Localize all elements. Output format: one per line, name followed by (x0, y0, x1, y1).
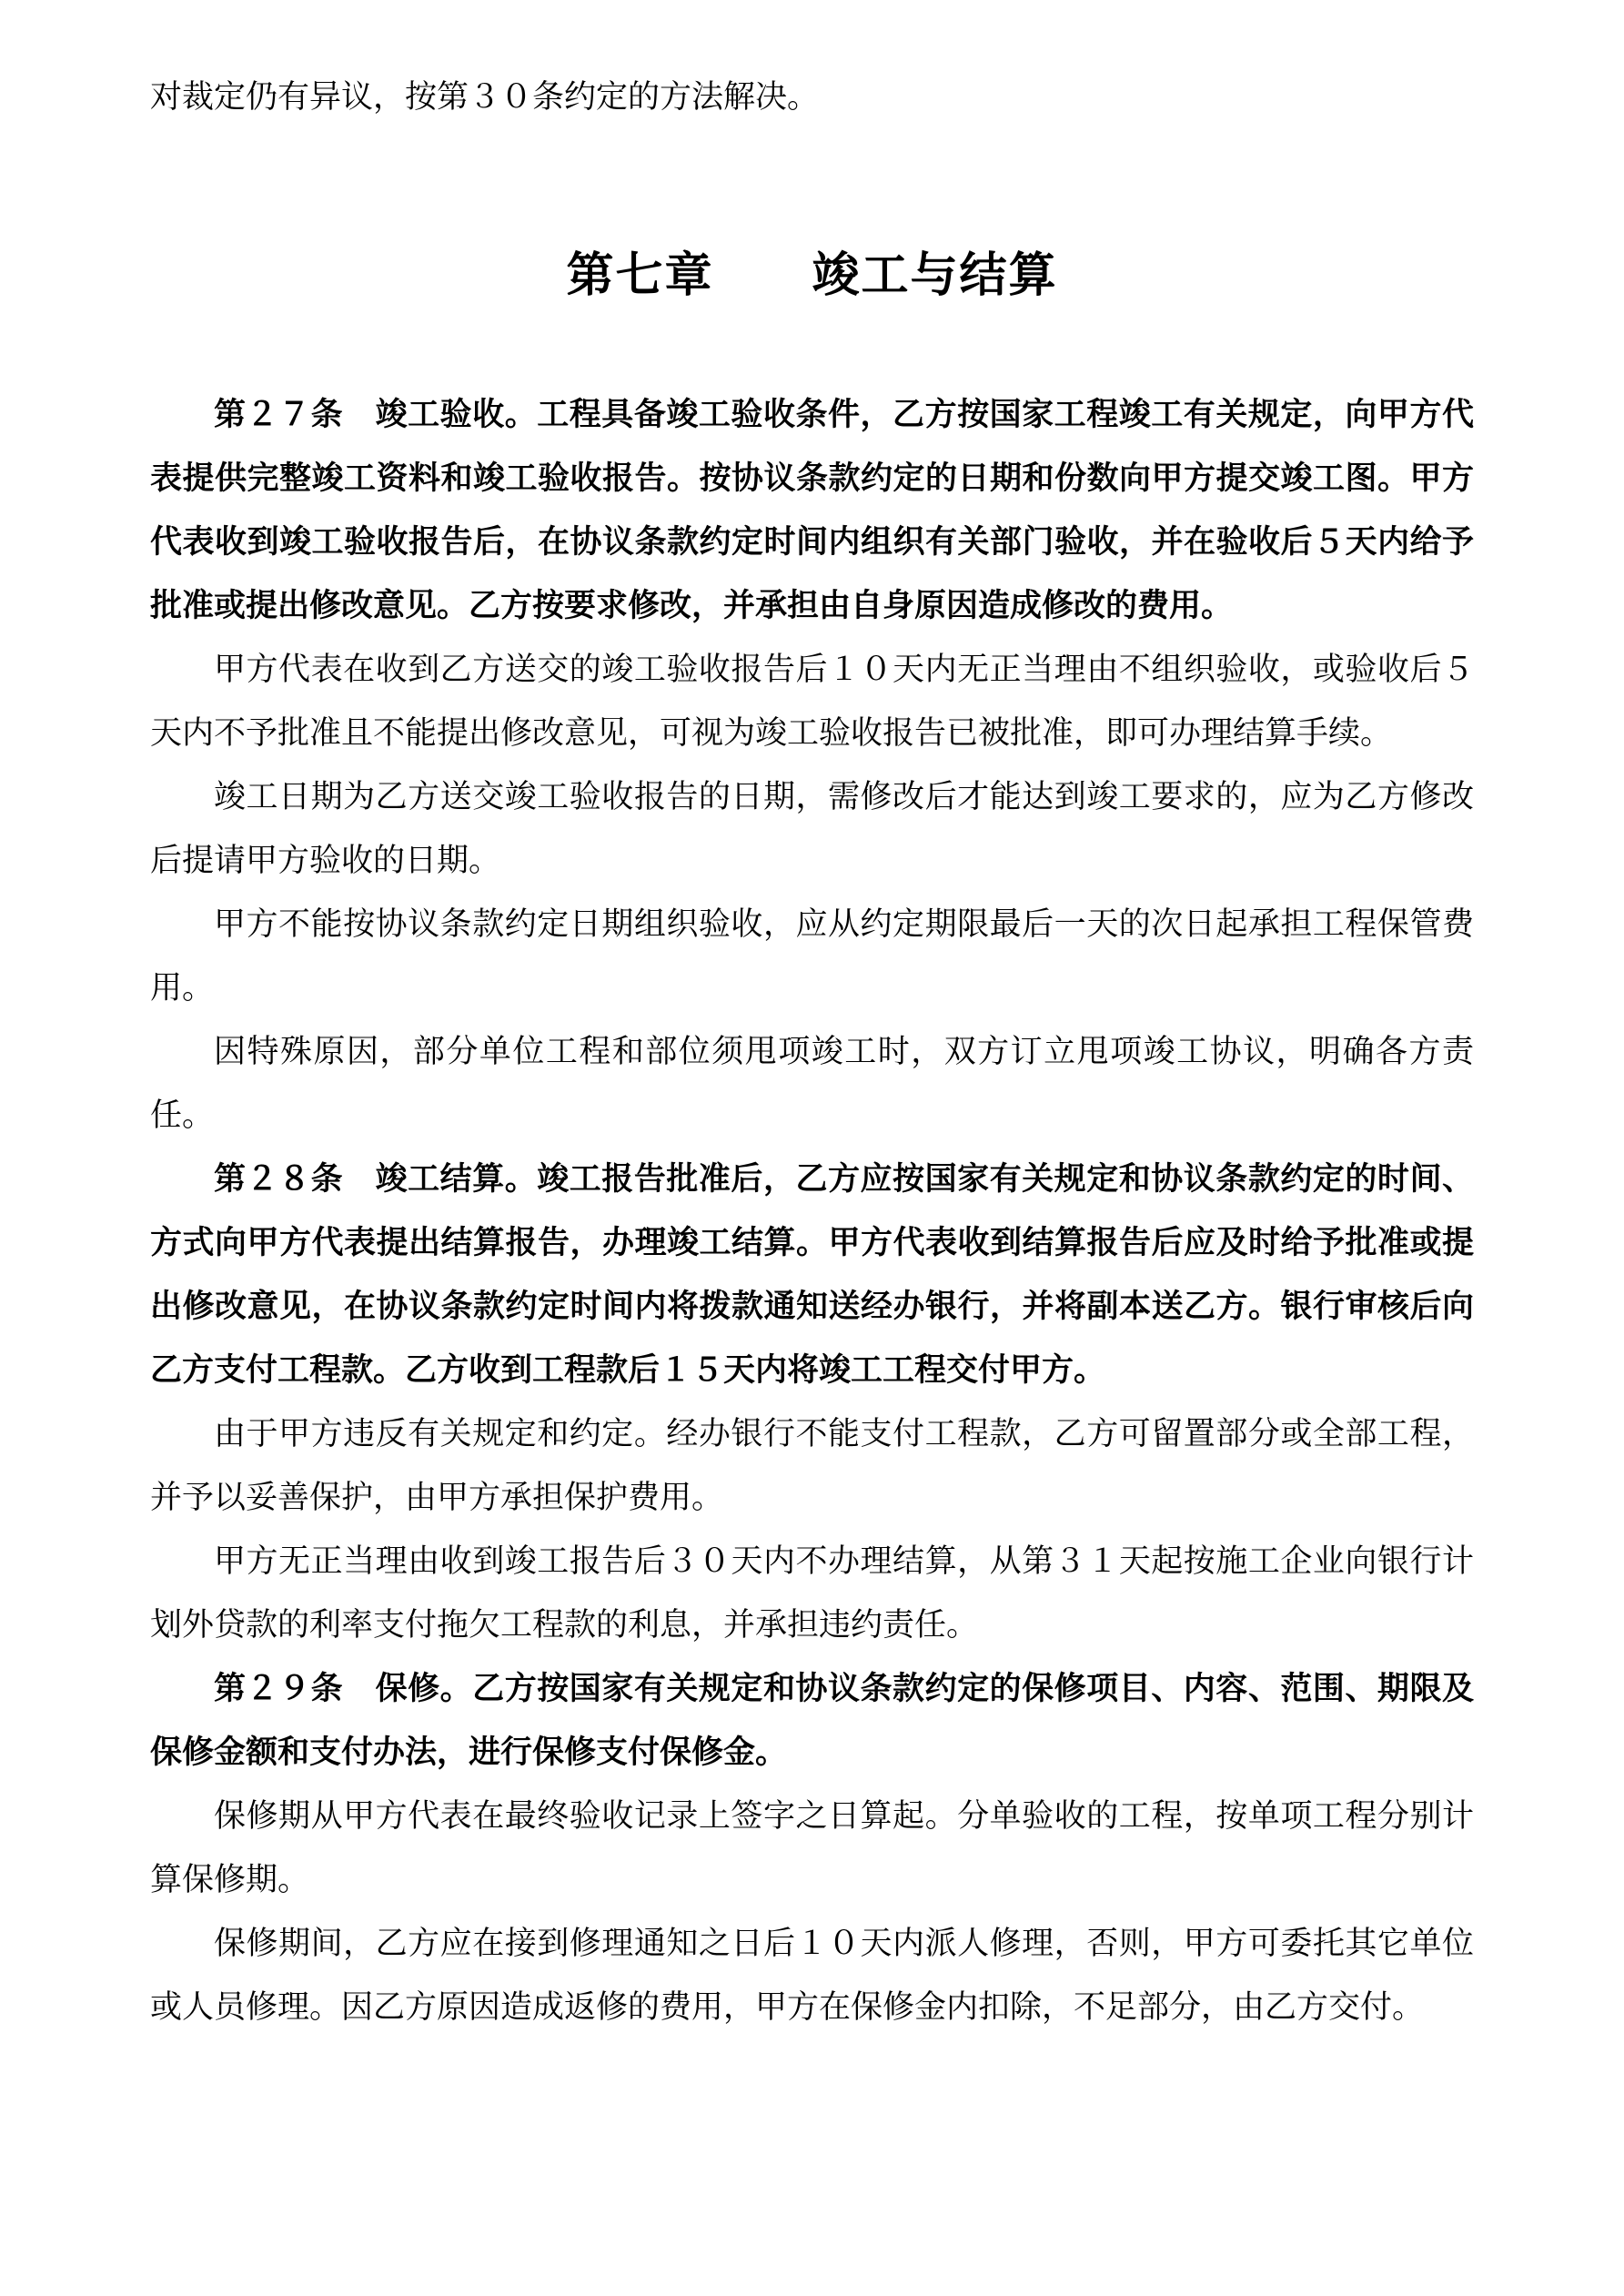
contract-paragraph: 保修期间，乙方应在接到修理通知之日后１０天内派人修理，否则，甲方可委托其它单位或… (150, 1912, 1474, 2039)
contract-paragraph-article-29: 第２９条 保修。乙方按国家有关规定和协议条款约定的保修项目、内容、范围、期限及保… (150, 1657, 1474, 1785)
contract-paragraph: 甲方不能按协议条款约定日期组织验收，应从约定期限最后一天的次日起承担工程保管费用… (150, 893, 1474, 1020)
contract-paragraph: 由于甲方违反有关规定和约定。经办银行不能支付工程款，乙方可留置部分或全部工程，并… (150, 1402, 1474, 1530)
contract-paragraph: 保修期从甲方代表在最终验收记录上签字之日算起。分单验收的工程，按单项工程分别计算… (150, 1785, 1474, 1912)
contract-paragraph: 甲方代表在收到乙方送交的竣工验收报告后１０天内无正当理由不组织验收，或验收后５天… (150, 638, 1474, 765)
contract-paragraph: 甲方无正当理由收到竣工报告后３０天内不办理结算，从第３１天起按施工企业向银行计划… (150, 1530, 1474, 1657)
chapter-title: 第七章 竣工与结算 (150, 237, 1474, 305)
continuation-paragraph: 对裁定仍有异议，按第３０条约定的方法解决。 (150, 75, 1474, 120)
contract-paragraph: 竣工日期为乙方送交竣工验收报告的日期，需修改后才能达到竣工要求的，应为乙方修改后… (150, 765, 1474, 893)
contract-paragraph-article-28: 第２８条 竣工结算。竣工报告批准后，乙方应按国家有关规定和协议条款约定的时间、方… (150, 1148, 1474, 1402)
contract-document-page: 对裁定仍有异议，按第３０条约定的方法解决。 第七章 竣工与结算 第２７条 竣工验… (0, 0, 1624, 2296)
contract-paragraph-article-27: 第２７条 竣工验收。工程具备竣工验收条件，乙方按国家工程竣工有关规定，向甲方代表… (150, 383, 1474, 638)
contract-paragraph: 因特殊原因，部分单位工程和部位须甩项竣工时，双方订立甩项竣工协议，明确各方责任。 (150, 1020, 1474, 1148)
